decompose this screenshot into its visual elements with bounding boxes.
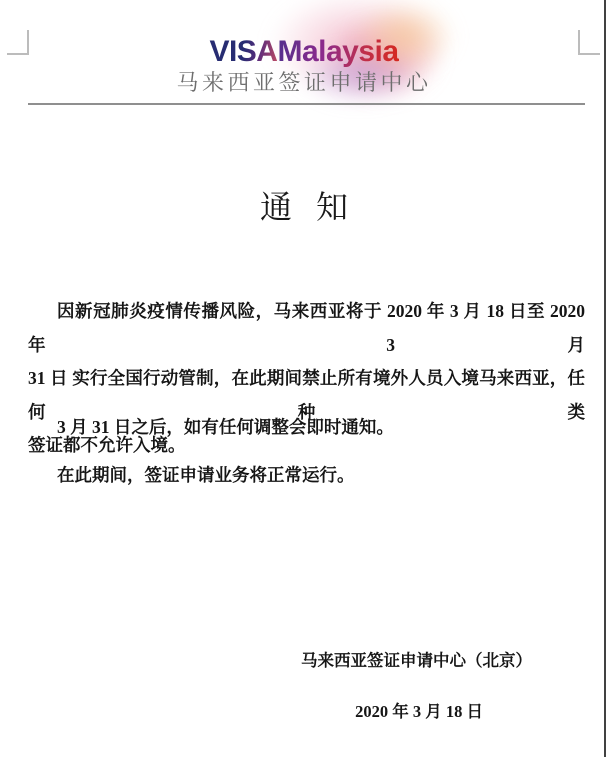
brand-visa-text: VISA [209, 35, 277, 68]
brand-wordmark: VISAMalaysia [0, 36, 608, 68]
notice-page: VISAMalaysia 马来西亚签证申请中心 通 知 因新冠肺炎疫情传播风险，… [0, 0, 608, 764]
notice-paragraph-3: 在此期间，签证申请业务将正常运行。 [28, 459, 585, 493]
body-line-1: 因新冠肺炎疫情传播风险，马来西亚将于 2020 年 3 月 18 日至 2020… [28, 295, 585, 362]
notice-paragraph-2: 3 月 31 日之后，如有任何调整会即时通知。 [28, 411, 585, 445]
notice-title: 通 知 [0, 187, 608, 227]
header-divider [28, 103, 585, 105]
notice-signature: 马来西亚签证申请中心（北京） [28, 644, 532, 677]
page-right-edge-line [604, 0, 606, 757]
brand-malaysia-text: Malaysia [277, 35, 398, 68]
notice-date: 2020 年 3 月 18 日 [28, 695, 483, 728]
brand-subtitle: 马来西亚签证申请中心 [0, 70, 608, 96]
